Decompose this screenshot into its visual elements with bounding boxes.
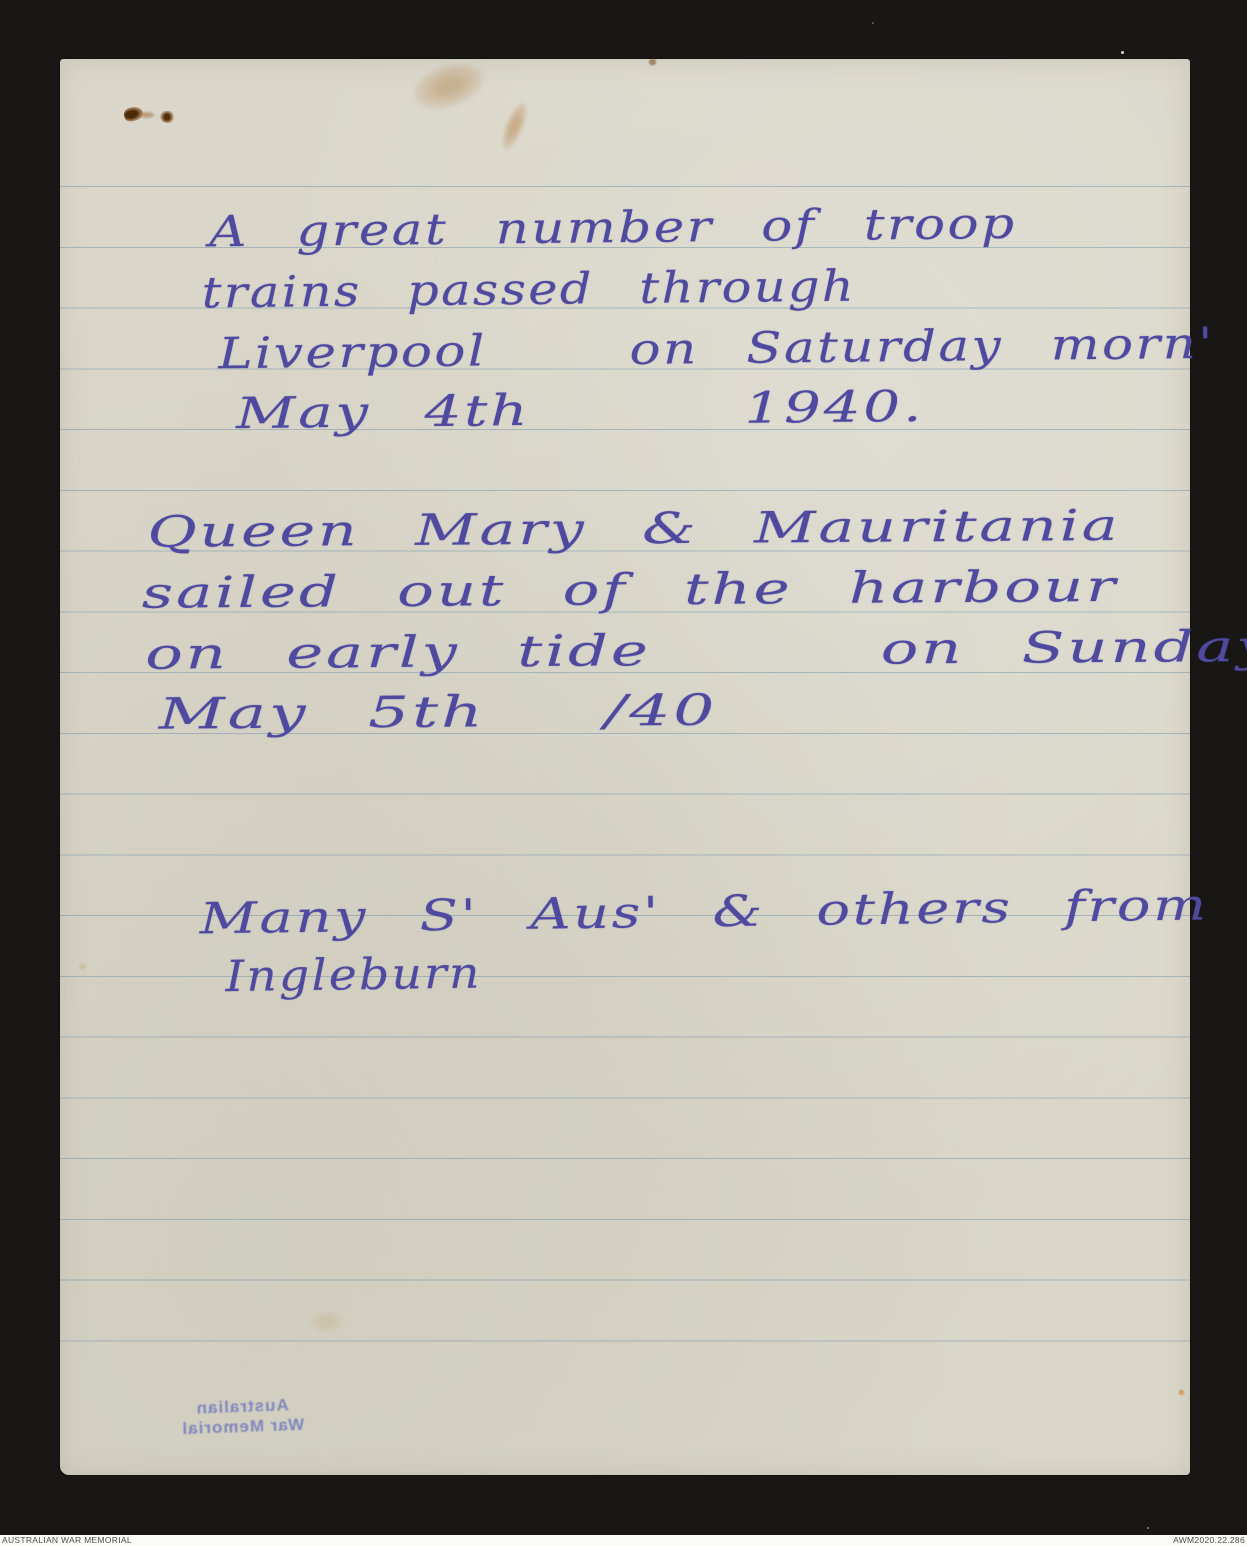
handwriting-line: May 5th /40 [158,677,1247,746]
archive-footer-bar: AUSTRALIAN WAR MEMORIAL AWM2020.22.286 [0,1535,1247,1546]
foxing-stain [78,962,87,971]
foxing-stain [160,111,174,123]
handwritten-paragraph-ships-sailed: Queen Mary & Mauritania sailed out of th… [141,497,925,745]
mirrored-awm-stamp: Australian War Memorial [129,1393,355,1441]
handwriting-line: A great number of troop [209,192,1216,263]
notebook-page: A great number of troop trains passed th… [60,59,1190,1475]
handwriting-line: on early tide on Sunday [145,616,1247,685]
handwriting-line: sailed out of the harbour [142,556,1247,624]
foxing-stain [123,105,144,123]
foxing-stain [648,58,657,66]
handwriting-line: Liverpool on Saturday morn' [218,313,1215,384]
dust-speck [872,22,874,24]
handwriting-line: Ingleburn [225,937,1052,1007]
accession-number-label: AWM2020.22.286 [1173,1535,1245,1546]
dust-speck [1147,1527,1149,1529]
handwriting-line: Many S' Aus' & others from [199,876,1209,948]
archive-name-label: AUSTRALIAN WAR MEMORIAL [2,1535,132,1546]
foxing-stain [140,112,154,118]
dust-speck [1121,51,1124,54]
handwritten-paragraph-troop-trains: A great number of troop trains passed th… [201,194,1050,446]
handwritten-paragraph-ingleburn: Many S' Aus' & others from Ingleburn [199,880,977,1007]
foxing-stain [1178,1389,1185,1396]
handwriting-line: May 4th 1940. [236,373,1247,445]
handwriting-line: Queen Mary & Mauritania [147,495,1234,563]
handwriting-line: trains passed through [201,253,1175,324]
foxing-stain [310,1311,344,1333]
foxing-stain [407,55,490,118]
foxing-stain [497,100,531,153]
scan-background: A great number of troop trains passed th… [0,0,1247,1546]
